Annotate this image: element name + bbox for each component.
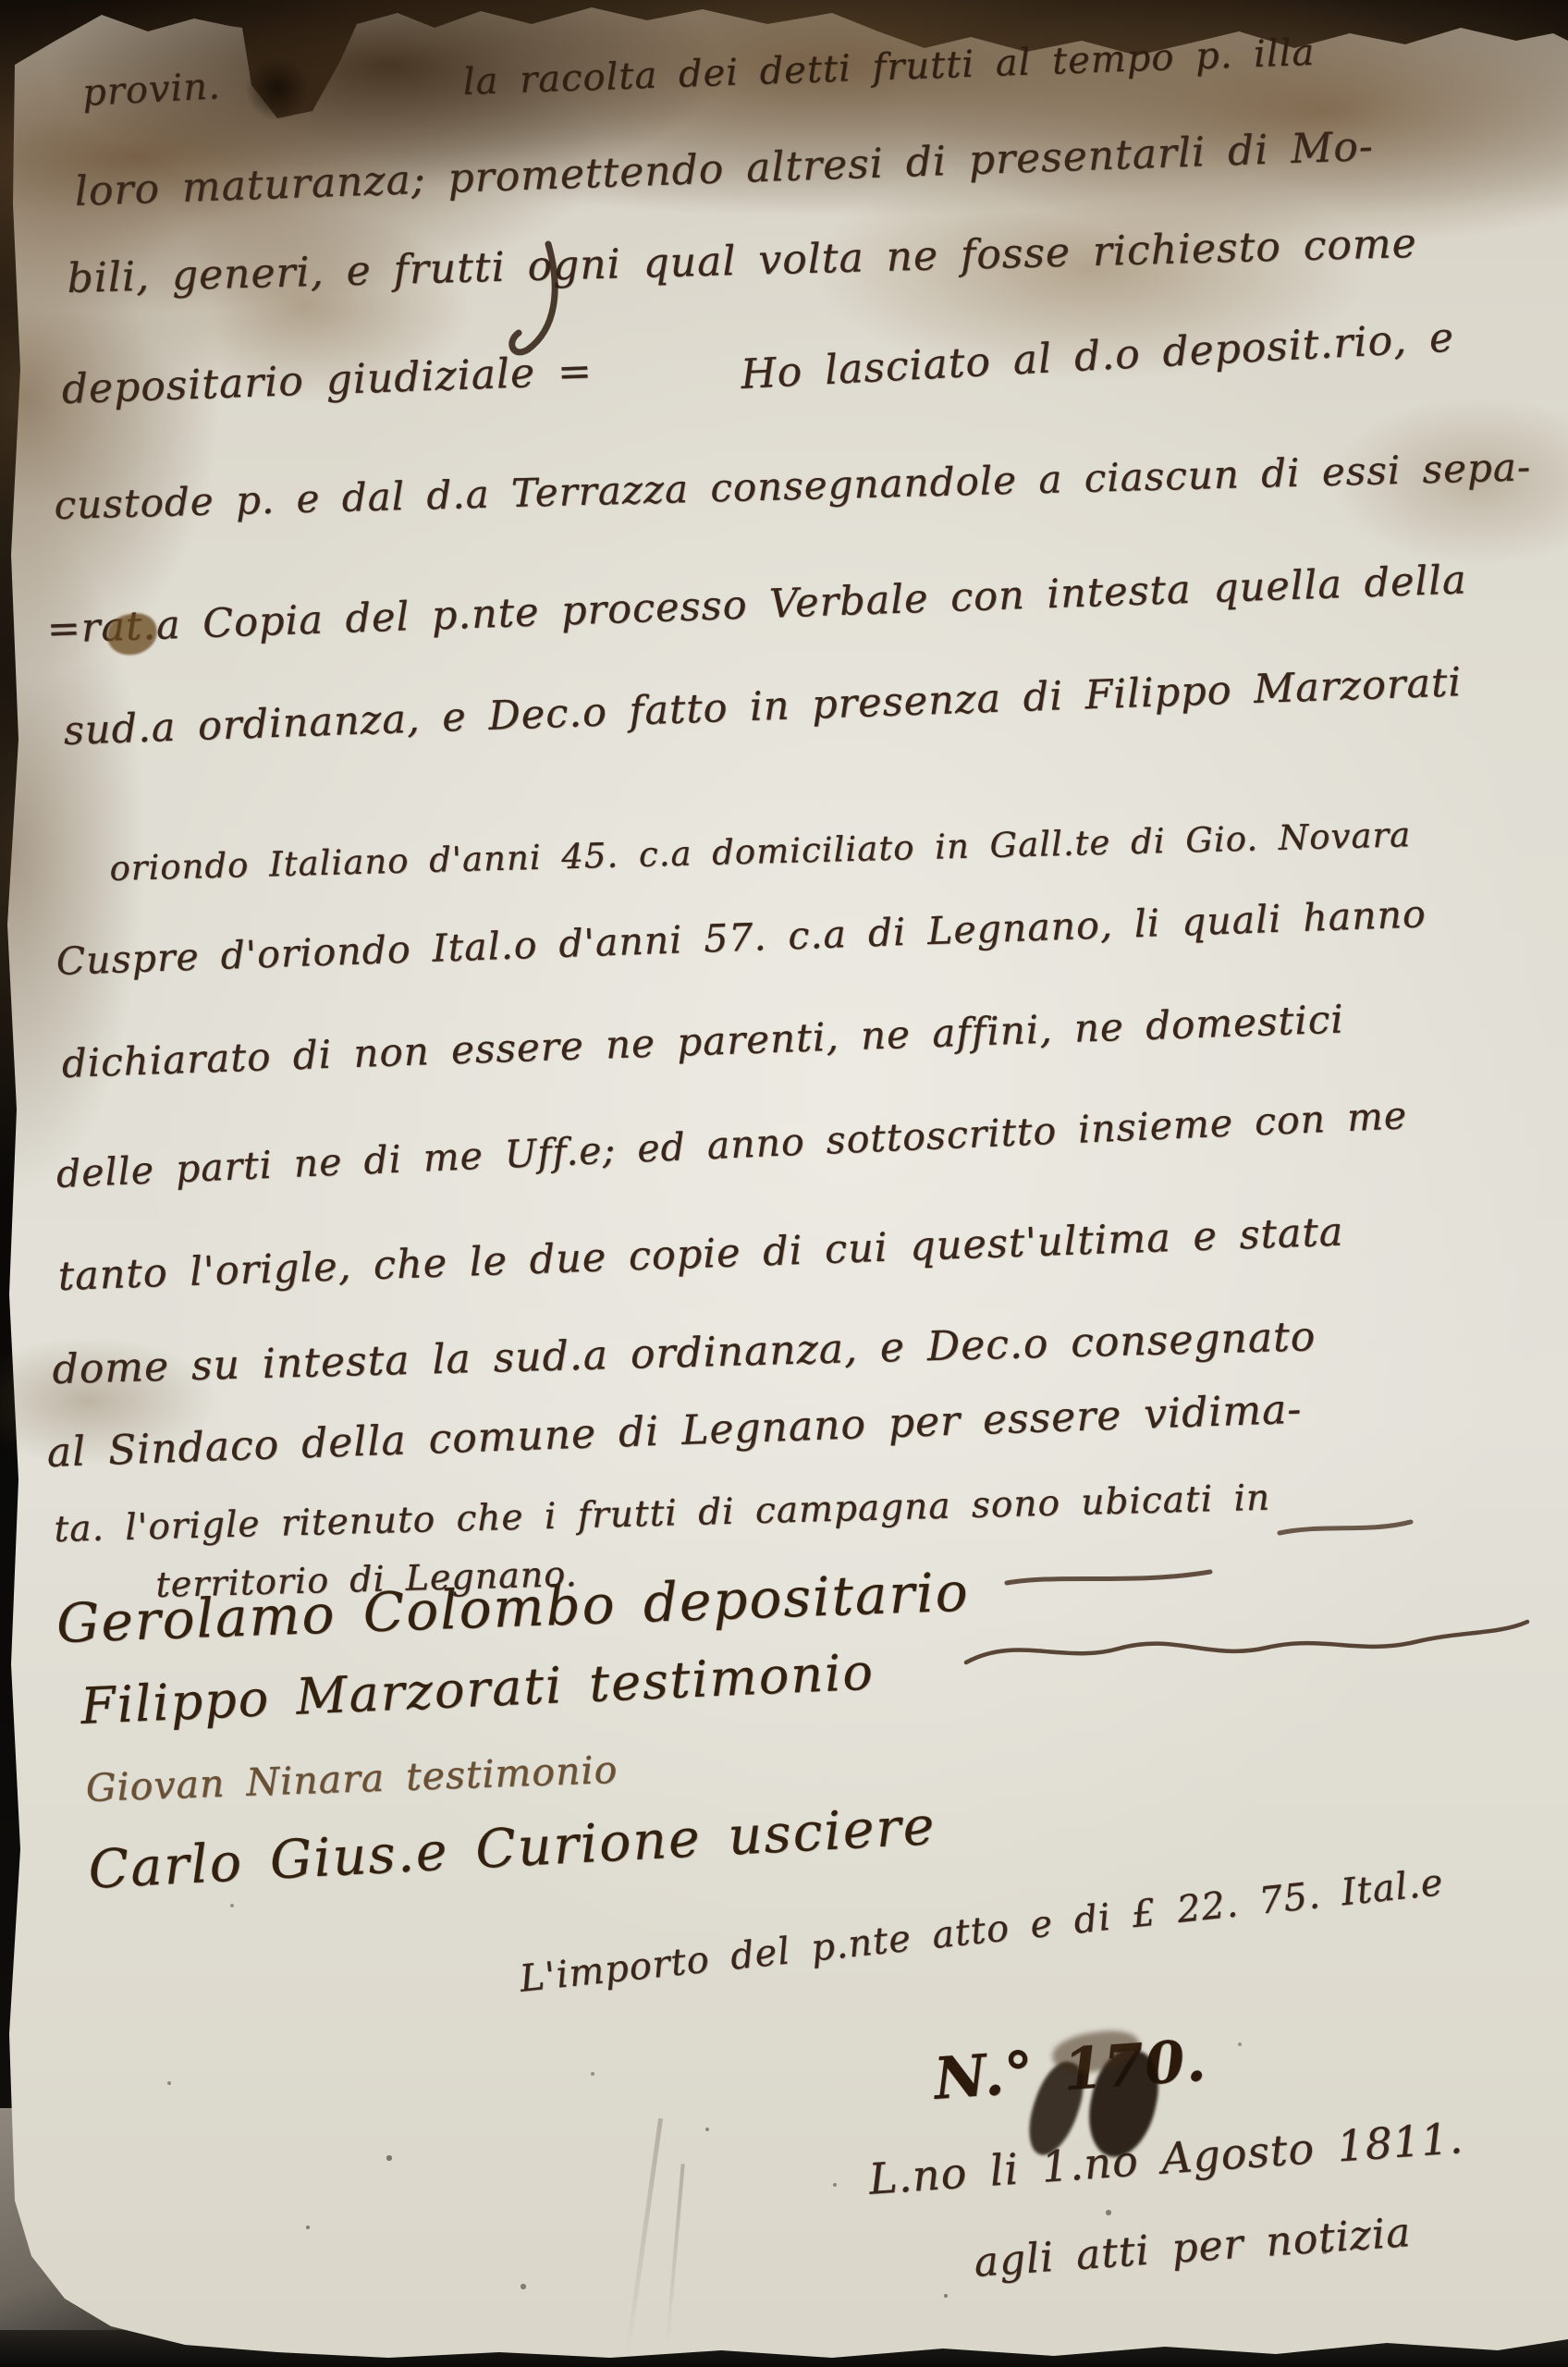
pen-swash [504,239,578,368]
manuscript-line: provin. [81,65,222,115]
manuscript-photo: provin. la racolta dei detti frutti al t… [0,0,1568,2367]
dash-flourish [1003,1564,1216,1592]
paper-specks [0,0,2,2]
dash-flourish [1276,1516,1415,1540]
flourish-line [962,1607,1535,1681]
